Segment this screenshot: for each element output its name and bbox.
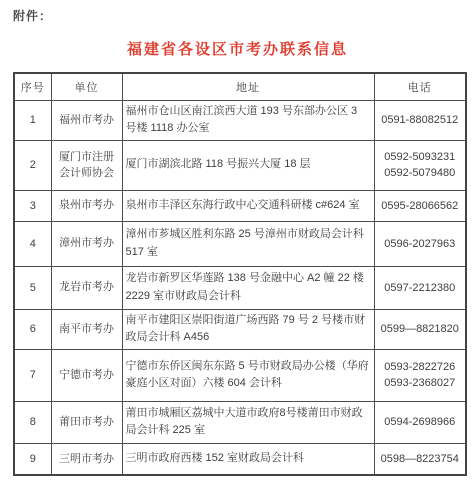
column-header-unit: 单位 xyxy=(51,73,122,100)
phone-number: 0597-2212380 xyxy=(378,282,463,294)
cell-unit: 三明市考办 xyxy=(51,443,122,475)
cell-phone: 0599—8821820 xyxy=(374,309,466,349)
phone-number: 0593-2822726 xyxy=(378,361,463,373)
table-row: 9 三明市考办 三明市政府西楼 152 室财政局会计科 0598—8223754 xyxy=(14,443,466,475)
cell-unit: 福州市考办 xyxy=(51,100,122,140)
cell-address: 漳州市芗城区胜利东路 25 号漳州市财政局会计科 517 室 xyxy=(122,221,374,266)
cell-index: 6 xyxy=(14,309,51,349)
cell-index: 1 xyxy=(14,100,51,140)
table-row: 6 南平市考办 南平市建阳区崇阳街道广场西路 79 号 2 号楼市财政局会计科 … xyxy=(14,309,466,349)
table-row: 1 福州市考办 福州市仓山区南江滨西大道 193 号东部办公区 3 号楼 111… xyxy=(14,100,466,140)
contact-table: 序号 单位 地址 电话 1 福州市考办 福州市仓山区南江滨西大道 193 号东部… xyxy=(13,72,467,476)
cell-address: 三明市政府西楼 152 室财政局会计科 xyxy=(122,443,374,475)
cell-address: 泉州市丰泽区东海行政中心交通科研楼 c#624 室 xyxy=(122,190,374,221)
table-row: 8 莆田市考办 莆田市城厢区荔城中大道市政府8号楼莆田市财政局会计科 225 室… xyxy=(14,401,466,443)
table-row: 7 宁德市考办 宁德市东侨区闽东东路 5 号市财政局办公楼（华府豪庭小区对面）六… xyxy=(14,349,466,401)
table-row: 2 厦门市注册会计师协会 厦门市湖滨北路 118 号振兴大厦 18 层 0592… xyxy=(14,140,466,190)
cell-unit: 莆田市考办 xyxy=(51,401,122,443)
cell-phone: 0591-88082512 xyxy=(374,100,466,140)
cell-phone: 0595-28066562 xyxy=(374,190,466,221)
table-header-row: 序号 单位 地址 电话 xyxy=(14,73,466,100)
phone-number: 0599—8821820 xyxy=(378,323,463,335)
column-header-address: 地址 xyxy=(122,73,374,100)
phone-number: 0598—8223754 xyxy=(378,453,463,465)
cell-phone: 0594-2698966 xyxy=(374,401,466,443)
cell-unit: 宁德市考办 xyxy=(51,349,122,401)
cell-unit: 厦门市注册会计师协会 xyxy=(51,140,122,190)
table-row: 5 龙岩市考办 龙岩市新罗区华莲路 138 号金融中心 A2 幢 22 楼 22… xyxy=(14,266,466,309)
page-title: 福建省各设区市考办联系信息 xyxy=(0,38,475,59)
table-row: 4 漳州市考办 漳州市芗城区胜利东路 25 号漳州市财政局会计科 517 室 0… xyxy=(14,221,466,266)
cell-unit: 南平市考办 xyxy=(51,309,122,349)
table-row: 3 泉州市考办 泉州市丰泽区东海行政中心交通科研楼 c#624 室 0595-2… xyxy=(14,190,466,221)
cell-phone: 0597-2212380 xyxy=(374,266,466,309)
cell-phone: 0596-2027963 xyxy=(374,221,466,266)
phone-number: 0595-28066562 xyxy=(378,200,463,212)
phone-number: 0593-2368027 xyxy=(378,377,463,389)
cell-address: 厦门市湖滨北路 118 号振兴大厦 18 层 xyxy=(122,140,374,190)
document-page: 附件： 福建省各设区市考办联系信息 序号 单位 地址 电话 1 福州市考办 福州… xyxy=(0,0,475,481)
cell-address: 福州市仓山区南江滨西大道 193 号东部办公区 3 号楼 1118 办公室 xyxy=(122,100,374,140)
cell-index: 5 xyxy=(14,266,51,309)
column-header-index: 序号 xyxy=(14,73,51,100)
cell-address: 南平市建阳区崇阳街道广场西路 79 号 2 号楼市财政局会计科 A456 xyxy=(122,309,374,349)
phone-number: 0592-5093231 xyxy=(378,151,463,163)
cell-unit: 泉州市考办 xyxy=(51,190,122,221)
cell-index: 2 xyxy=(14,140,51,190)
phone-number: 0591-88082512 xyxy=(378,114,463,126)
phone-number: 0592-5079480 xyxy=(378,167,463,179)
phone-number: 0594-2698966 xyxy=(378,416,463,428)
cell-index: 8 xyxy=(14,401,51,443)
cell-index: 3 xyxy=(14,190,51,221)
cell-unit: 龙岩市考办 xyxy=(51,266,122,309)
cell-address: 莆田市城厢区荔城中大道市政府8号楼莆田市财政局会计科 225 室 xyxy=(122,401,374,443)
table-body: 1 福州市考办 福州市仓山区南江滨西大道 193 号东部办公区 3 号楼 111… xyxy=(14,100,466,475)
cell-address: 龙岩市新罗区华莲路 138 号金融中心 A2 幢 22 楼 2229 室市财政局… xyxy=(122,266,374,309)
cell-index: 7 xyxy=(14,349,51,401)
cell-phone: 0592-50932310592-5079480 xyxy=(374,140,466,190)
cell-address: 宁德市东侨区闽东东路 5 号市财政局办公楼（华府豪庭小区对面）六楼 604 会计… xyxy=(122,349,374,401)
cell-index: 4 xyxy=(14,221,51,266)
phone-number: 0596-2027963 xyxy=(378,238,463,250)
attachment-label: 附件： xyxy=(13,7,52,24)
cell-phone: 0598—8223754 xyxy=(374,443,466,475)
cell-phone: 0593-28227260593-2368027 xyxy=(374,349,466,401)
cell-unit: 漳州市考办 xyxy=(51,221,122,266)
cell-index: 9 xyxy=(14,443,51,475)
column-header-phone: 电话 xyxy=(374,73,466,100)
